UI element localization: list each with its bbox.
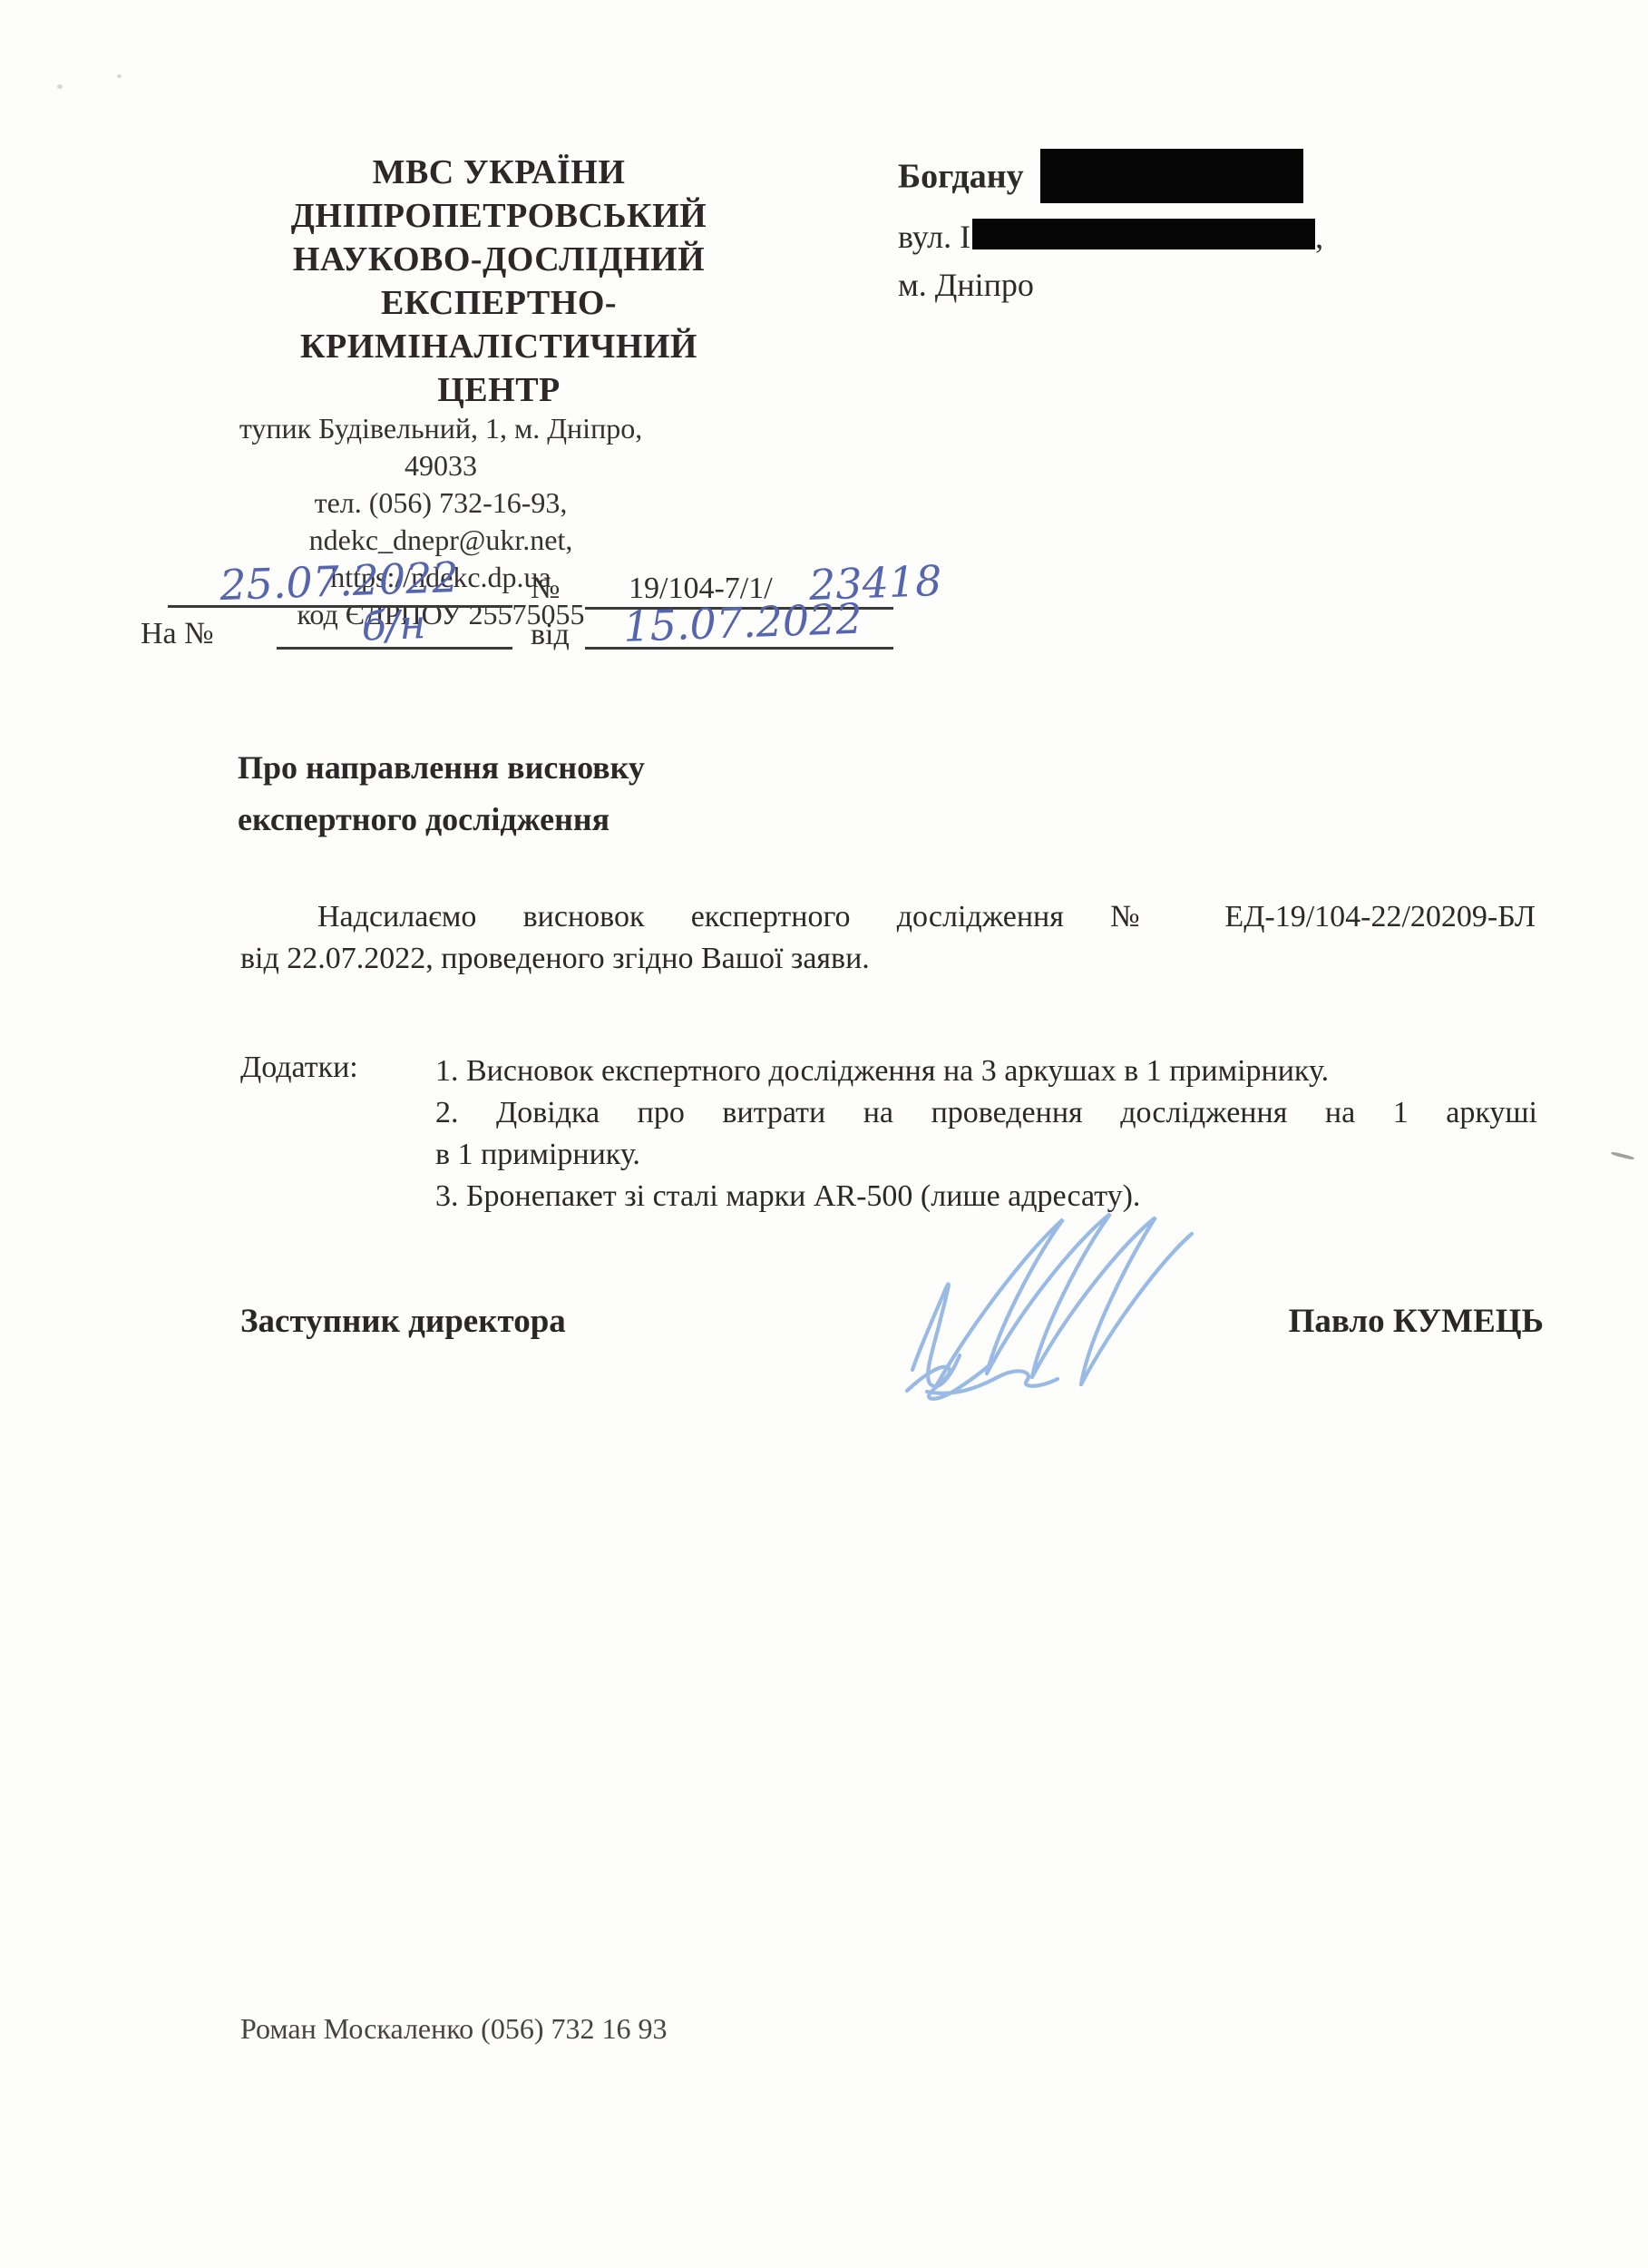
reply-number-label: На № <box>141 617 214 651</box>
org-name-line-1: МВС УКРАЇНИ <box>272 151 726 194</box>
subject-line-2: експертного дослідження <box>238 794 645 846</box>
attachment-item-1: 1. Висновок експертного дослідження на 3… <box>435 1051 1537 1092</box>
org-name-line-3: НАУКОВО-ДОСЛІДНИЙ <box>272 238 726 281</box>
body-line-1: Надсилаємо висновок експертного дослідже… <box>240 896 1536 938</box>
signoff-position: Заступник директора <box>240 1302 566 1341</box>
signoff-row: Заступник директора Павло КУМЕЦЬ <box>240 1302 1544 1341</box>
body-paragraph: Надсилаємо висновок експертного дослідже… <box>240 896 1536 980</box>
addressee-name-prefix: Богдану <box>898 158 1024 196</box>
attachment-item-2-line-1: 2. Довідка про витрати на проведення дос… <box>435 1092 1537 1134</box>
addressee-street-suffix: , <box>1315 219 1323 255</box>
scan-speck <box>57 84 63 89</box>
reply-number-underline <box>277 647 512 650</box>
subject-heading: Про направлення висновку експертного дос… <box>238 742 645 846</box>
subject-line-1: Про направлення висновку <box>238 742 645 794</box>
org-address: тупик Будівельний, 1, м. Дніпро, 49033 <box>214 410 668 484</box>
reply-date-underline <box>585 647 893 650</box>
signoff-name: Павло КУМЕЦЬ <box>1289 1302 1544 1341</box>
addressee-name-row: Богдану <box>898 152 1303 207</box>
letter-sheet: МВС УКРАЇНИ ДНІПРОПЕТРОВСЬКИЙ НАУКОВО-ДО… <box>0 0 1648 2268</box>
redaction-box-name <box>1040 149 1303 203</box>
org-name-line-2: ДНІПРОПЕТРОВСЬКИЙ <box>272 194 726 238</box>
reply-date-handwritten: 15.07.2022 <box>592 593 893 652</box>
org-name-line-6: ЦЕНТР <box>272 368 726 412</box>
addressee-street-prefix: вул. І <box>898 219 970 255</box>
letterhead-org-name: МВС УКРАЇНИ ДНІПРОПЕТРОВСЬКИЙ НАУКОВО-ДО… <box>272 151 726 412</box>
attachments-list: 1. Висновок експертного дослідження на 3… <box>435 1051 1537 1217</box>
org-phone: тел. (056) 732-16-93, <box>214 484 668 522</box>
org-name-line-5: КРИМІНАЛІСТИЧНИЙ <box>272 325 726 368</box>
org-name-line-4: ЕКСПЕРТНО- <box>272 281 726 325</box>
addressee-street-row: вул. І, <box>898 218 1323 256</box>
handwritten-signature <box>900 1196 1208 1404</box>
addressee-city: м. Дніпро <box>898 266 1034 304</box>
number-sign-label: № <box>531 572 560 606</box>
scan-artifact-tick <box>1611 1151 1634 1160</box>
reply-number-handwritten: б/н <box>297 600 490 652</box>
scan-speck <box>117 74 122 78</box>
reply-date-label: від <box>531 618 570 652</box>
footer-contact: Роман Москаленко (056) 732 16 93 <box>240 2012 667 2046</box>
attachments-label: Додатки: <box>240 1051 358 1085</box>
attachment-item-2-line-2: в 1 примірнику. <box>435 1134 1537 1176</box>
body-line-2: від 22.07.2022, проведеного згідно Вашої… <box>240 938 1536 980</box>
redaction-box-street <box>972 219 1315 249</box>
